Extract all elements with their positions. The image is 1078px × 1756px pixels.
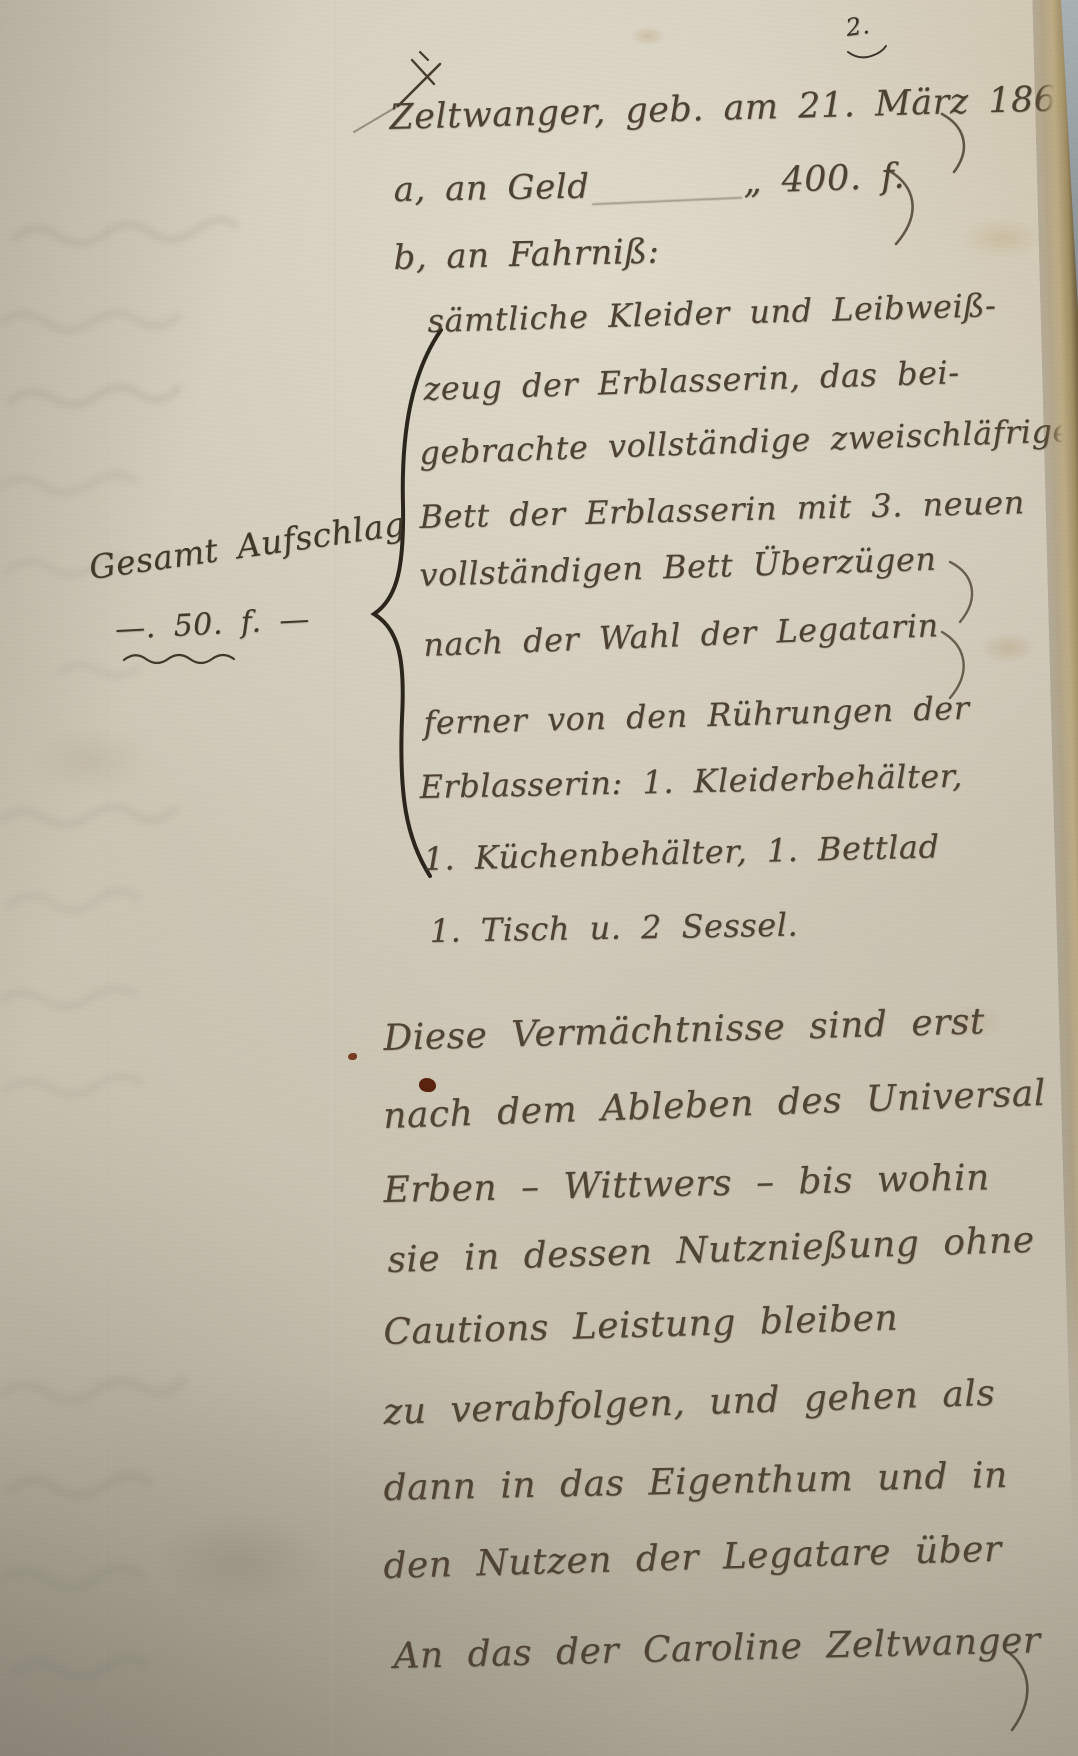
pen-flourish — [938, 626, 998, 712]
ink-blot-large — [419, 1078, 436, 1092]
margin-note-underline — [120, 648, 280, 668]
manuscript-photo: { "colors": { "paper": "#cfc8b6", "ink":… — [0, 0, 1078, 1756]
manuscript-line: 1. Tisch u. 2 Sessel. — [429, 906, 798, 950]
pen-flourish — [1002, 1648, 1062, 1740]
ink-blot-small — [348, 1053, 357, 1060]
pen-flourish — [946, 556, 1006, 636]
pen-flourish — [884, 166, 954, 256]
